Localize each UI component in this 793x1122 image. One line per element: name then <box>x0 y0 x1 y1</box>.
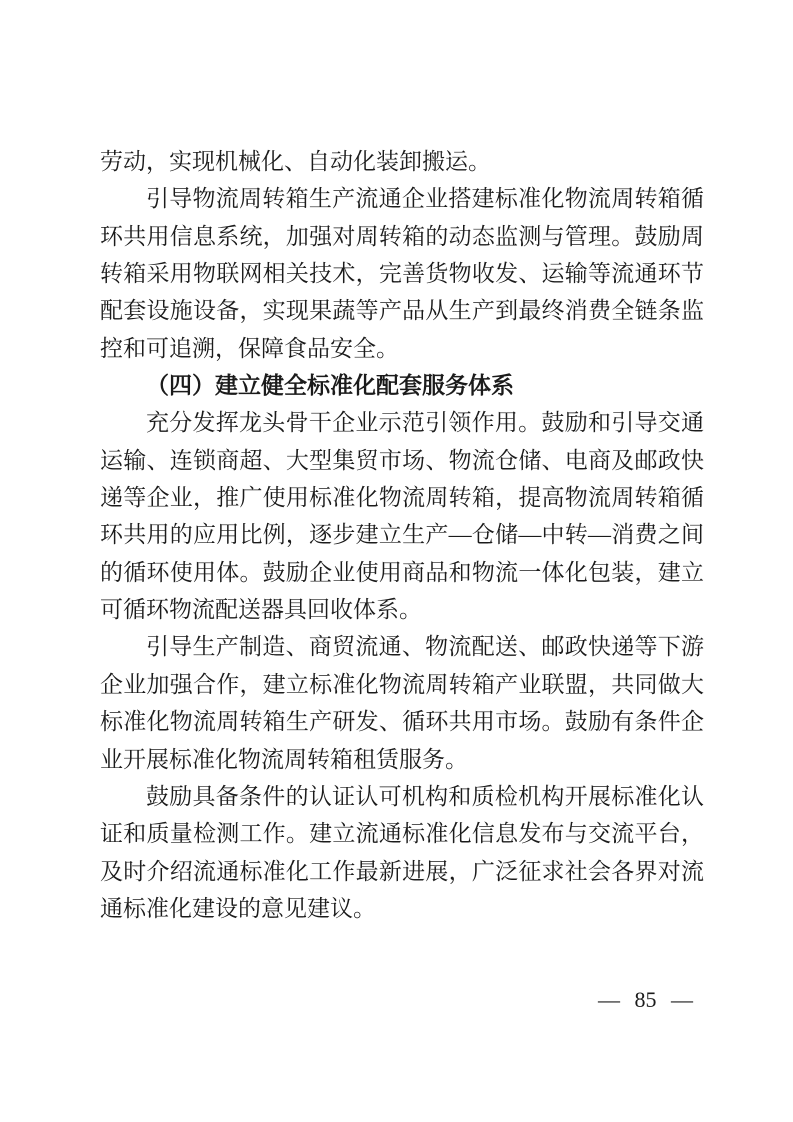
document-page: 劳动，实现机械化、自动化装卸搬运。 引导物流周转箱生产流通企业搭建标准化物流周转… <box>0 0 793 1122</box>
paragraph-continuation: 劳动，实现机械化、自动化装卸搬运。 <box>100 143 704 180</box>
paragraph: 引导物流周转箱生产流通企业搭建标准化物流周转箱循环共用信息系统，加强对周转箱的动… <box>100 180 704 367</box>
section-heading: （四）建立健全标准化配套服务体系 <box>100 367 704 404</box>
paragraph: 鼓励具备条件的认证认可机构和质检机构开展标准化认证和质量检测工作。建立流通标准化… <box>100 778 704 927</box>
document-body: 劳动，实现机械化、自动化装卸搬运。 引导物流周转箱生产流通企业搭建标准化物流周转… <box>100 143 704 927</box>
page-number: — 85 — <box>598 988 693 1012</box>
paragraph: 引导生产制造、商贸流通、物流配送、邮政快递等下游企业加强合作，建立标准化物流周转… <box>100 628 704 777</box>
paragraph: 充分发挥龙头骨干企业示范引领作用。鼓励和引导交通运输、连锁商超、大型集贸市场、物… <box>100 404 704 628</box>
